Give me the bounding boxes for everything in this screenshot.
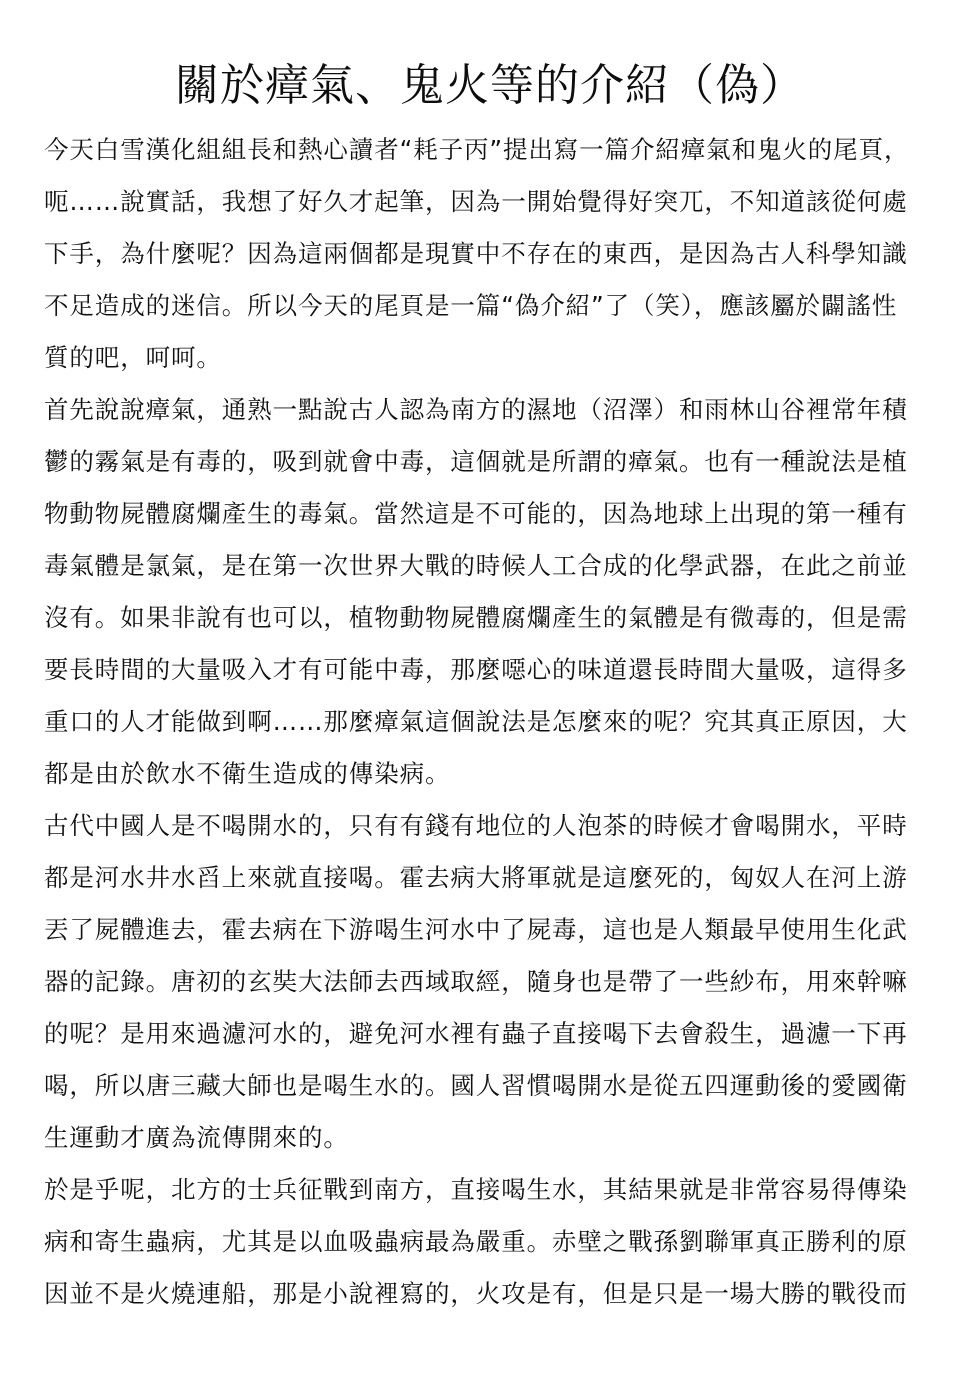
- text-line: 要長時間的大量吸入才有可能中毒，那麼噁心的味道還長時間大量吸，這得多: [44, 644, 944, 696]
- text-line: 的呢？是用來過濾河水的，避免河水裡有蟲子直接喝下去會殺生，過濾一下再: [44, 1008, 944, 1060]
- text-line: 不足造成的迷信。所以今天的尾頁是一篇“偽介紹”了（笑），應該屬於闢謠性: [44, 280, 944, 332]
- text-line: 古代中國人是不喝開水的，只有有錢有地位的人泡茶的時候才會喝開水，平時: [44, 800, 944, 852]
- text-line: 今天白雪漢化組組長和熱心讀者“耗子丙”提出寫一篇介紹瘴氣和鬼火的尾頁，: [44, 124, 944, 176]
- text-line: 於是乎呢，北方的士兵征戰到南方，直接喝生水，其結果就是非常容易得傳染: [44, 1164, 944, 1216]
- text-line: 毒氣體是氯氣，是在第一次世界大戰的時候人工合成的化學武器，在此之前並: [44, 540, 944, 592]
- text-line: 下手，為什麼呢？因為這兩個都是現實中不存在的東西，是因為古人科學知識: [44, 228, 944, 280]
- paragraph-drinking-water: 古代中國人是不喝開水的，只有有錢有地位的人泡茶的時候才會喝開水，平時 都是河水井…: [44, 800, 944, 1164]
- text-line: 沒有。如果非說有也可以，植物動物屍體腐爛產生的氣體是有微毒的，但是需: [44, 592, 944, 644]
- paragraph-intro: 今天白雪漢化組組長和熱心讀者“耗子丙”提出寫一篇介紹瘴氣和鬼火的尾頁， 呃……說…: [44, 124, 944, 384]
- text-line: 因並不是火燒連船，那是小說裡寫的，火攻是有，但是只是一場大勝的戰役而: [44, 1268, 944, 1320]
- text-line: 丟了屍體進去，霍去病在下游喝生河水中了屍毒，這也是人類最早使用生化武: [44, 904, 944, 956]
- text-line: 重口的人才能做到啊……那麼瘴氣這個說法是怎麼來的呢？究其真正原因，大: [44, 696, 944, 748]
- text-line: 病和寄生蟲病，尤其是以血吸蟲病最為嚴重。赤壁之戰孫劉聯軍真正勝利的原: [44, 1216, 944, 1268]
- text-line: 生運動才廣為流傳開來的。: [44, 1112, 944, 1164]
- text-line: 呃……說實話，我想了好久才起筆，因為一開始覺得好突兀，不知道該從何處: [44, 176, 944, 228]
- text-line: 鬱的霧氣是有毒的，吸到就會中毒，這個就是所謂的瘴氣。也有一種說法是植: [44, 436, 944, 488]
- document-page: 關於瘴氣、鬼火等的介紹（偽） 今天白雪漢化組組長和熱心讀者“耗子丙”提出寫一篇介…: [0, 0, 980, 1385]
- text-line: 器的記錄。唐初的玄奘大法師去西域取經，隨身也是帶了一些紗布，用來幹嘛: [44, 956, 944, 1008]
- document-body: 今天白雪漢化組組長和熱心讀者“耗子丙”提出寫一篇介紹瘴氣和鬼火的尾頁， 呃……說…: [44, 124, 944, 1320]
- paragraph-miasma: 首先說說瘴氣，通熟一點說古人認為南方的濕地（沼澤）和雨林山谷裡常年積 鬱的霧氣是…: [44, 384, 944, 800]
- text-line: 喝，所以唐三藏大師也是喝生水的。國人習慣喝開水是從五四運動後的愛國衛: [44, 1060, 944, 1112]
- text-line: 都是由於飲水不衛生造成的傳染病。: [44, 748, 944, 800]
- text-line: 質的吧，呵呵。: [44, 332, 944, 384]
- paragraph-southern-campaign: 於是乎呢，北方的士兵征戰到南方，直接喝生水，其結果就是非常容易得傳染 病和寄生蟲…: [44, 1164, 944, 1320]
- text-line: 物動物屍體腐爛產生的毒氣。當然這是不可能的，因為地球上出現的第一種有: [44, 488, 944, 540]
- page-title: 關於瘴氣、鬼火等的介紹（偽）: [0, 58, 980, 114]
- text-line: 首先說說瘴氣，通熟一點說古人認為南方的濕地（沼澤）和雨林山谷裡常年積: [44, 384, 944, 436]
- text-line: 都是河水井水舀上來就直接喝。霍去病大將軍就是這麼死的，匈奴人在河上游: [44, 852, 944, 904]
